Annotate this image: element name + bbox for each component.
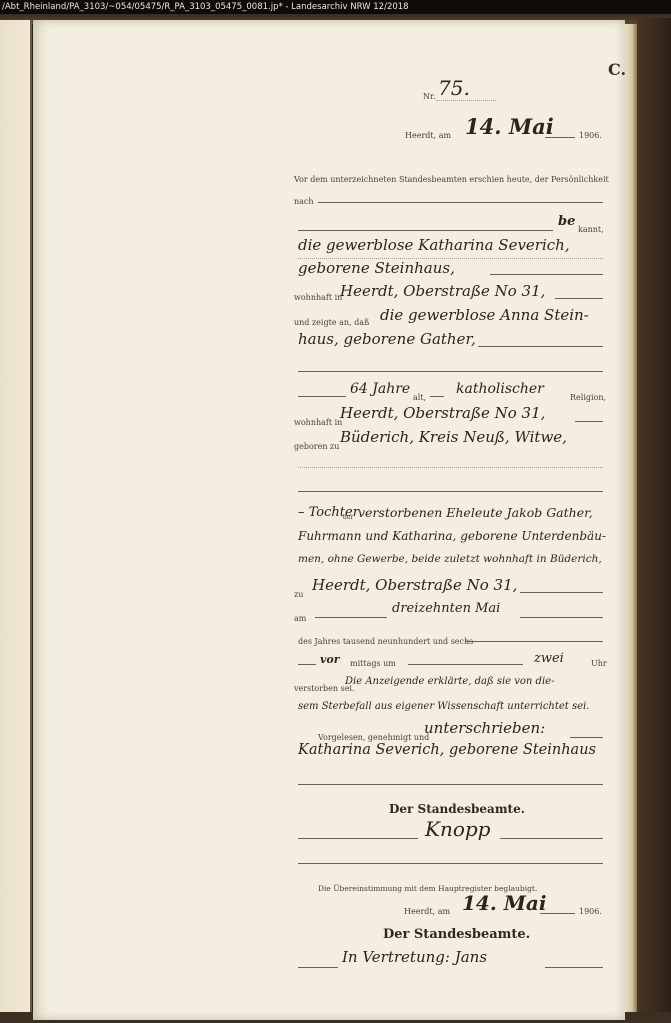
number-line [436,100,496,101]
zu-label: zu [294,590,303,599]
cert-place-label: Heerdt, am [404,907,450,916]
parents-line-2: Fuhrmann und Katharina, geborene Unterde… [298,529,606,543]
fill-line [315,617,387,618]
informant-residence: Heerdt, Oberstraße No 31, [340,282,545,300]
uhr-label: Uhr [591,659,607,668]
blank-line [298,371,603,372]
blank-line [298,491,603,492]
place-date-label: Heerdt, am [405,131,451,140]
record-number: 75. [438,76,470,100]
intro-text: Vor dem unterzeichneten Standesbeamten e… [294,175,609,184]
death-place: Heerdt, Oberstraße No 31, [312,576,517,594]
fill-line [520,592,603,593]
number-label: Nr. [423,92,436,101]
identity-line [298,230,553,231]
fill-line [520,617,603,618]
registrar-title-2: Der Standesbeamte. [383,927,530,942]
deputy-signature: In Vertretung: Jans [342,948,487,966]
fill-line [408,664,523,665]
fill-line [298,838,418,839]
bekannt-label: kannt, [578,225,604,234]
death-day: dreizehnten Mai [392,601,500,616]
registrar-signature: Knopp [425,817,490,841]
blank-line [298,863,603,864]
left-page-edge [0,20,32,1020]
vorgelesen-label: Vorgelesen, genehmigt und [318,733,429,742]
parents-line-3: men, ohne Gewerbe, beide zuletzt wohnhaf… [298,553,602,565]
zeigte-label: und zeigte an, daß [294,318,369,327]
am-label: am [294,614,306,623]
corner-letter: C. [608,60,626,79]
fill-line [298,664,316,665]
parents-line-1: verstorbenen Eheleute Jakob Gather, [358,505,593,520]
mittags-label: mittags um [350,659,396,668]
informant-name: die gewerblose Katharina Severich, [298,236,570,254]
wohnhaft-label-2: wohnhaft in [294,418,342,427]
alt-label: alt, [413,393,426,402]
geboren-label: geboren zu [294,442,339,451]
year-text-label: des Jahres tausend neunhundert und sechs [298,637,473,646]
fill-line [555,298,603,299]
fill-line [298,396,346,397]
fill-line [575,421,603,422]
informant-maiden-name: geborene Steinhaus, [298,259,455,277]
fill-line [430,396,444,397]
time-prefix: vor [320,653,340,666]
window-title: /Abt_Rheinland/PA_3103/~054/05475/R_PA_3… [2,2,409,12]
fill-line [490,274,603,275]
fill-line [465,641,603,642]
nach-label: nach [294,197,314,206]
religion-label: Religion, [570,393,606,402]
time-value: zwei [534,651,564,666]
fill-line [298,967,338,968]
registrar-title: Der Standesbeamte. [389,802,525,816]
deceased-religion: katholischer [456,381,544,397]
fill-line [545,967,603,968]
record-date: 14. Mai [465,114,554,139]
blank-line [298,784,603,785]
declaration-line-2: sem Sterbefall aus eigener Wissenschaft … [298,701,589,712]
nach-line [318,202,603,203]
page-stack-edge [625,24,637,1012]
informant-signature: Katharina Severich, geborene Steinhaus [298,742,596,758]
deceased-maiden-name: haus, geborene Gather, [298,330,476,348]
deceased-name: die gewerblose Anna Stein- [380,306,589,324]
cert-date: 14. Mai [462,891,546,915]
declaration-line-1: Die Anzeigende erklärte, daß sie von die… [345,676,554,687]
book-cover-right [637,18,671,1023]
deceased-birthplace: Büderich, Kreis Neuß, Witwe, [340,428,567,446]
wohnhaft-label: wohnhaft in [294,293,342,302]
fill-line [500,838,603,839]
der-label: der [343,514,353,521]
record-year: 1906. [579,131,602,140]
ruled-line [298,467,603,468]
bekannt-prefix: be [558,214,575,229]
unterschrieben-text: unterschrieben: [424,719,545,737]
window-title-bar: /Abt_Rheinland/PA_3103/~054/05475/R_PA_3… [0,0,671,14]
cert-year: 1906. [579,907,602,916]
register-page [33,20,625,1020]
fill-line [478,346,603,347]
fill-line [540,913,575,914]
date-fill-line [545,137,575,138]
fill-line [570,737,603,738]
deceased-age: 64 Jahre [350,381,410,397]
deceased-residence: Heerdt, Oberstraße No 31, [340,404,545,422]
